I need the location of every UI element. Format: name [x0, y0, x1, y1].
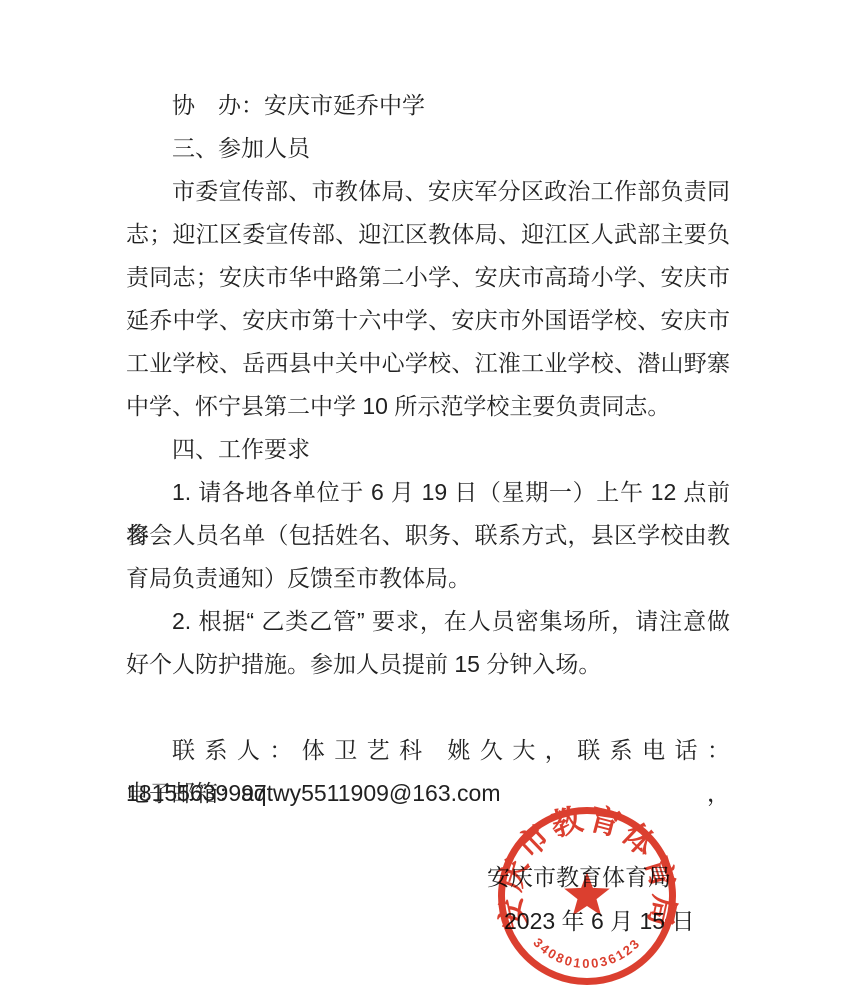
document-body: 协 办：安庆市延乔中学 三、参加人员 市委宣传部、市教体局、安庆军分区政治工作部…: [126, 84, 730, 815]
document-page: 协 办：安庆市延乔中学 三、参加人员 市委宣传部、市教体局、安庆军分区政治工作部…: [0, 0, 854, 999]
body-line: 好个人防护措施。参加人员提前 15 分钟入场。: [126, 643, 730, 686]
body-line: 志；迎江区委宣传部、迎江区教体局、迎江区人武部主要负: [126, 213, 730, 256]
body-line: 责同志；安庆市华中路第二小学、安庆市高琦小学、安庆市: [126, 256, 730, 299]
seal-ring-text: 安庆市教育体育局: [492, 801, 683, 932]
body-line: 四、工作要求: [126, 428, 730, 471]
body-line: 三、参加人员: [126, 127, 730, 170]
body-line: 延乔中学、安庆市第十六中学、安庆市外国语学校、安庆市: [126, 299, 730, 342]
body-line: 1. 请各地各单位于 6 月 19 日（星期一）上午 12 点前将: [126, 471, 730, 514]
body-line: 育局负责通知）反馈至市教体局。: [126, 557, 730, 600]
body-line: 工业学校、岳西县中关中心学校、江淮工业学校、潜山野寨: [126, 342, 730, 385]
body-line: 中学、怀宁县第二中学 10 所示范学校主要负责同志。: [126, 385, 730, 428]
body-line: 参会人员名单（包括姓名、职务、联系方式，县区学校由教: [126, 514, 730, 557]
body-line: 协 办：安庆市延乔中学: [126, 84, 730, 127]
body-line: 2. 根据“ 乙类乙管” 要求，在人员密集场所，请注意做: [126, 600, 730, 643]
body-line: 联系人：体卫艺科 姚久大，联系电话：18155639997，: [126, 729, 730, 772]
body-line-blank: [126, 686, 730, 729]
body-line: 市委宣传部、市教体局、安庆军分区政治工作部负责同: [126, 170, 730, 213]
seal-serial: 3408010036123: [530, 935, 643, 971]
official-seal: 安庆市教育体育局 3408010036123: [477, 786, 697, 999]
seal-star-icon: [564, 872, 610, 915]
